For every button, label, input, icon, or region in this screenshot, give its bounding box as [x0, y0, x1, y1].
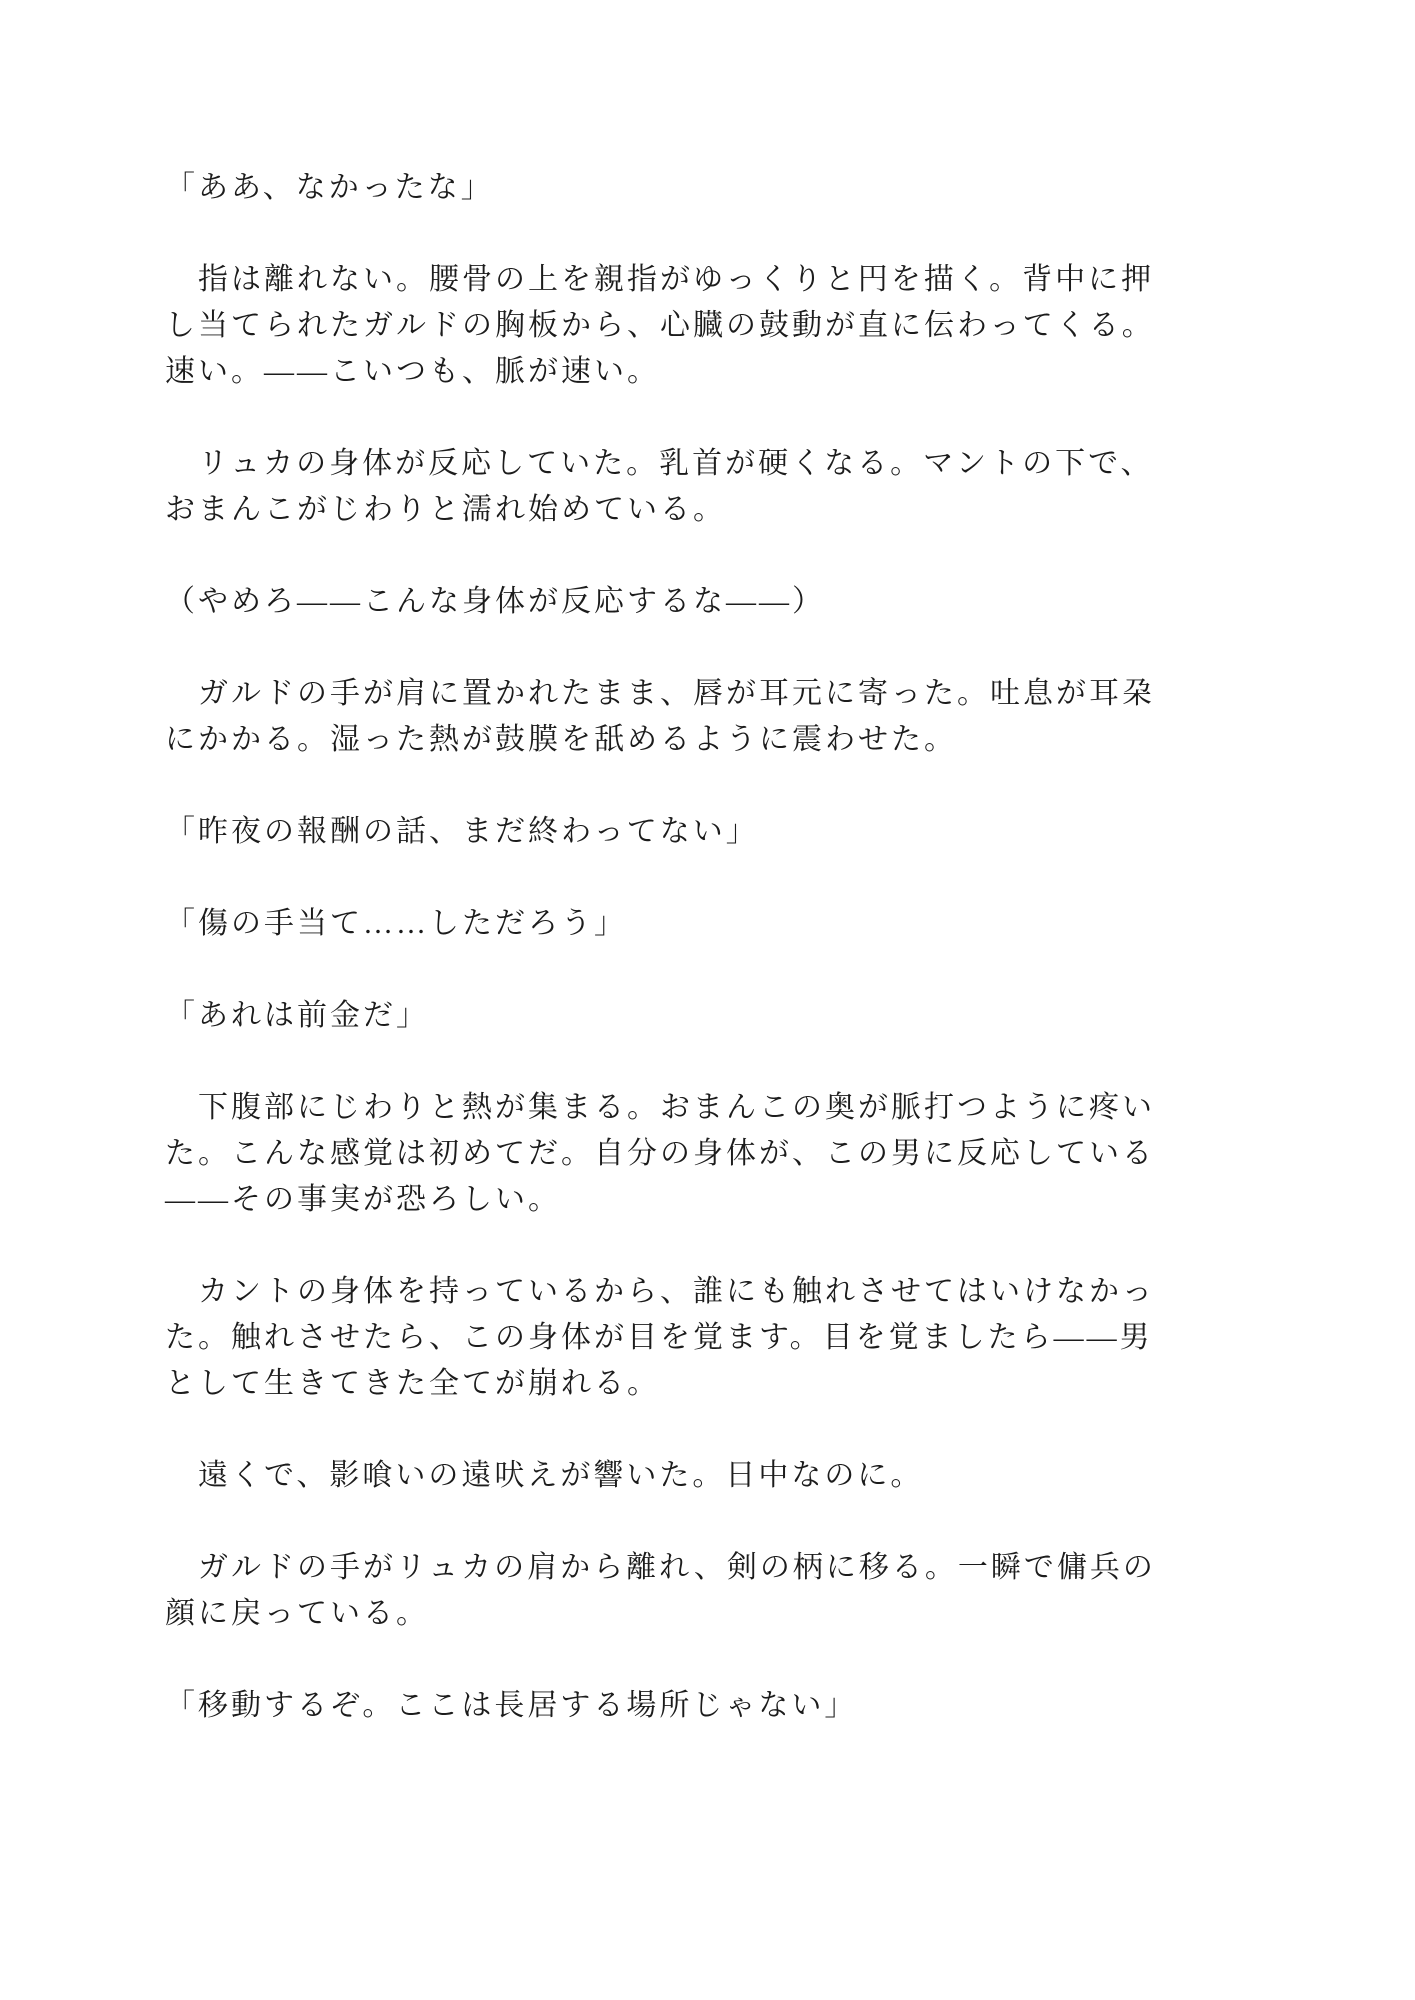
paragraph-dialogue: 「ああ、なかったな」 [165, 165, 1175, 211]
document-page: 「ああ、なかったな」指は離れない。腰骨の上を親指がゆっくりと円を描く。背中に押し… [0, 0, 1415, 2000]
paragraph-dialogue: 「移動するぞ。ここは長居する場所じゃない」 [165, 1683, 1175, 1729]
text-line: 「傷の手当て……しただろう」 [165, 901, 1175, 947]
text-line: カントの身体を持っているから、誰にも触れさせてはいけなかっ [165, 1269, 1175, 1315]
paragraph-thought: （やめろ——こんな身体が反応するな——） [165, 579, 1175, 625]
text-line: として生きてきた全てが崩れる。 [165, 1361, 1175, 1407]
text-line: ガルドの手がリュカの肩から離れ、剣の柄に移る。一瞬で傭兵の [165, 1545, 1175, 1591]
text-line: 速い。——こいつも、脈が速い。 [165, 349, 1175, 395]
text-line: 「移動するぞ。ここは長居する場所じゃない」 [165, 1683, 1175, 1729]
text-line: 「昨夜の報酬の話、まだ終わってない」 [165, 809, 1175, 855]
paragraph-dialogue: 「あれは前金だ」 [165, 993, 1175, 1039]
text-line: 「あれは前金だ」 [165, 993, 1175, 1039]
paragraph-narrative: リュカの身体が反応していた。乳首が硬くなる。マントの下で、おまんこがじわりと濡れ… [165, 441, 1175, 533]
text-line: た。こんな感覚は初めてだ。自分の身体が、この男に反応している [165, 1131, 1175, 1177]
text-line: 指は離れない。腰骨の上を親指がゆっくりと円を描く。背中に押 [165, 257, 1175, 303]
paragraph-dialogue: 「傷の手当て……しただろう」 [165, 901, 1175, 947]
paragraph-narrative: カントの身体を持っているから、誰にも触れさせてはいけなかった。触れさせたら、この… [165, 1269, 1175, 1407]
text-line: おまんこがじわりと濡れ始めている。 [165, 487, 1175, 533]
paragraph-dialogue: 「昨夜の報酬の話、まだ終わってない」 [165, 809, 1175, 855]
paragraph-narrative: 遠くで、影喰いの遠吠えが響いた。日中なのに。 [165, 1453, 1175, 1499]
paragraph-narrative: ガルドの手が肩に置かれたまま、唇が耳元に寄った。吐息が耳朶にかかる。湿った熱が鼓… [165, 671, 1175, 763]
text-line: （やめろ——こんな身体が反応するな——） [165, 579, 1175, 625]
text-line: リュカの身体が反応していた。乳首が硬くなる。マントの下で、 [165, 441, 1175, 487]
text-line: 遠くで、影喰いの遠吠えが響いた。日中なのに。 [165, 1453, 1175, 1499]
text-line: ——その事実が恐ろしい。 [165, 1177, 1175, 1223]
text-block: 「ああ、なかったな」指は離れない。腰骨の上を親指がゆっくりと円を描く。背中に押し… [165, 165, 1175, 1729]
text-line: 「ああ、なかったな」 [165, 165, 1175, 211]
text-line: し当てられたガルドの胸板から、心臓の鼓動が直に伝わってくる。 [165, 303, 1175, 349]
paragraph-narrative: 指は離れない。腰骨の上を親指がゆっくりと円を描く。背中に押し当てられたガルドの胸… [165, 257, 1175, 395]
text-line: た。触れさせたら、この身体が目を覚ます。目を覚ましたら——男 [165, 1315, 1175, 1361]
text-line: ガルドの手が肩に置かれたまま、唇が耳元に寄った。吐息が耳朶 [165, 671, 1175, 717]
text-line: にかかる。湿った熱が鼓膜を舐めるように震わせた。 [165, 717, 1175, 763]
paragraph-narrative: ガルドの手がリュカの肩から離れ、剣の柄に移る。一瞬で傭兵の顔に戻っている。 [165, 1545, 1175, 1637]
text-line: 下腹部にじわりと熱が集まる。おまんこの奥が脈打つように疼い [165, 1085, 1175, 1131]
text-line: 顔に戻っている。 [165, 1591, 1175, 1637]
paragraph-narrative: 下腹部にじわりと熱が集まる。おまんこの奥が脈打つように疼いた。こんな感覚は初めて… [165, 1085, 1175, 1223]
